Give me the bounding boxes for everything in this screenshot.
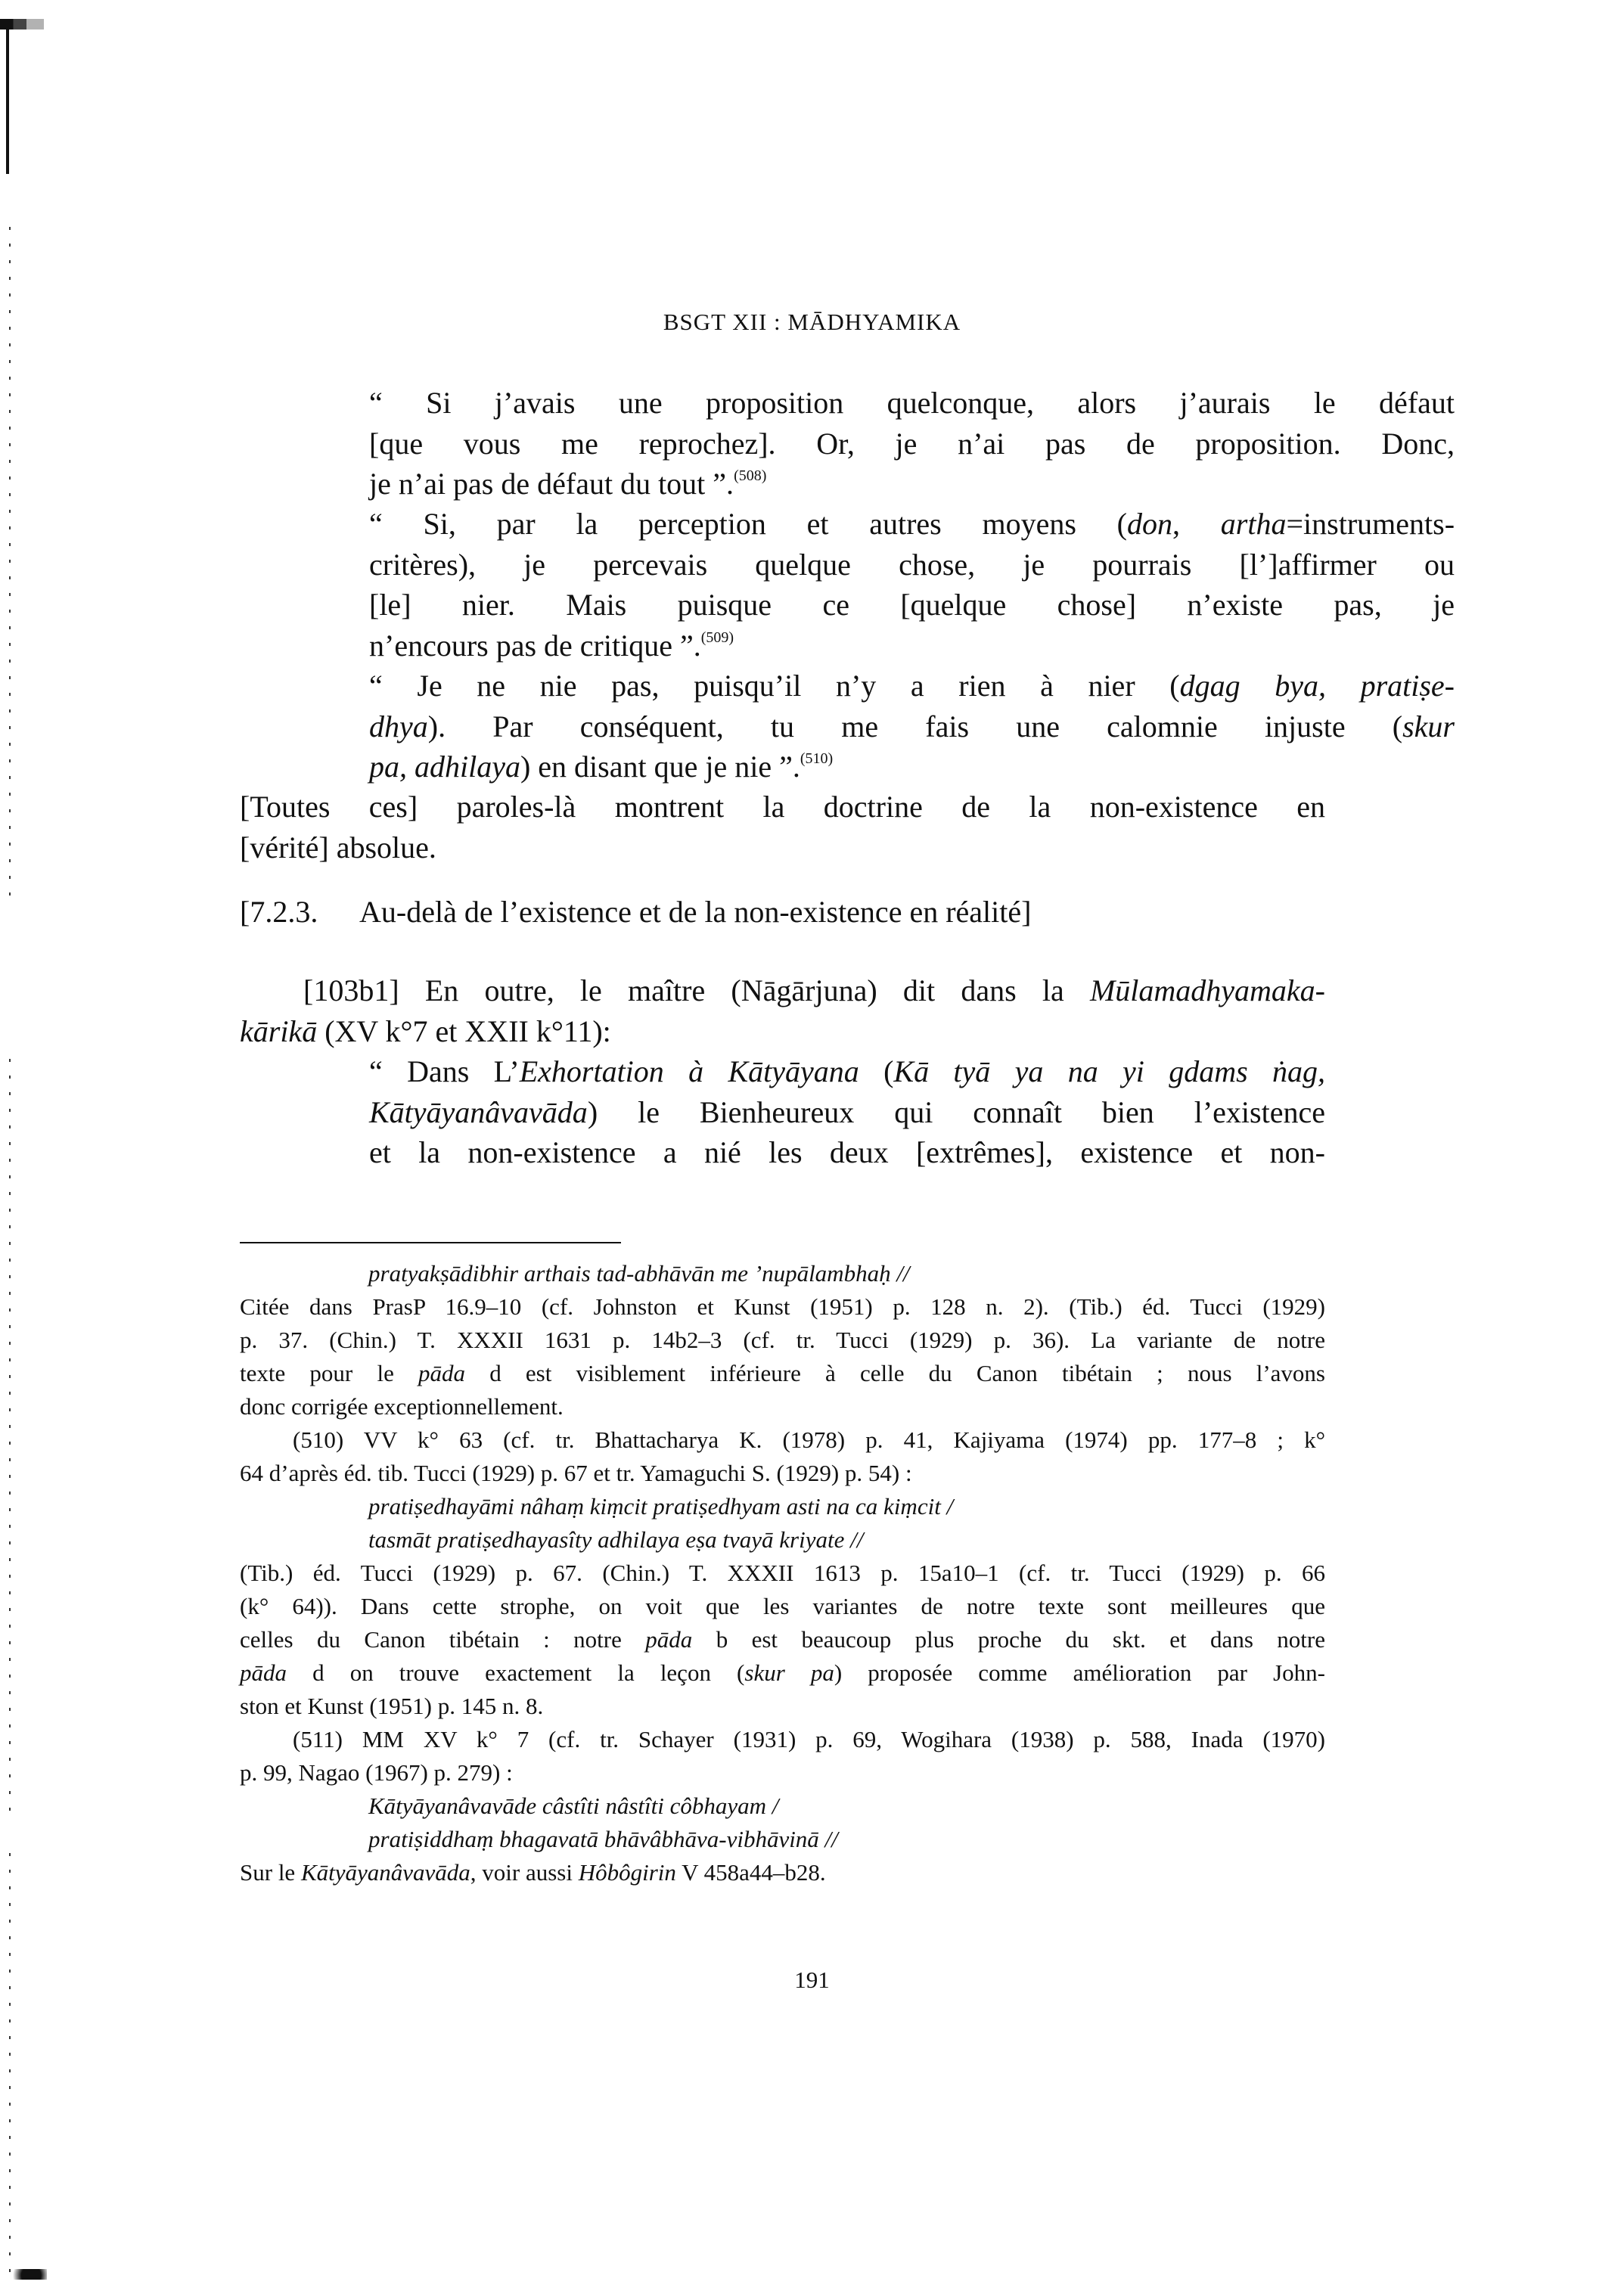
conclusion-paragraph: [Toutes ces] paroles-là montrent la doct… bbox=[240, 787, 1325, 868]
footnote-verse: tasmāt pratiṣedhayasîty adhilaya eṣa tva… bbox=[240, 1523, 1325, 1557]
footnote-line: (k° 64)). Dans cette strophe, on voit qu… bbox=[240, 1590, 1325, 1623]
text-line: “ Je ne nie pas, puisqu’il n’y a rien à … bbox=[369, 666, 1455, 706]
text-line: dhya). Par conséquent, tu me fais une ca… bbox=[369, 706, 1455, 747]
footnotes: pratyakṣādibhir arthais tad-abhāvān me ’… bbox=[240, 1257, 1325, 1889]
footnote-verse: pratiṣedhayāmi nâhaṃ kiṃcit pratiṣedhyam… bbox=[240, 1490, 1325, 1523]
quote-508: “ Si j’avais une proposition quelconque,… bbox=[240, 383, 1455, 504]
quote-509: “ Si, par la perception et autres moyens… bbox=[240, 504, 1455, 666]
footnote-verse: Kātyāyanâvavāde câstîti nâstîti côbhayam… bbox=[240, 1790, 1325, 1823]
footnote-line: Citée dans PrasP 16.9–10 (cf. Johnston e… bbox=[240, 1290, 1325, 1324]
text-line: [103b1] En outre, le maître (Nāgārjuna) … bbox=[240, 970, 1325, 1011]
footnote-verse: pratiṣiddhaṃ bhagavatā bhāvâbhāva-vibhāv… bbox=[240, 1823, 1325, 1856]
text-line: “ Si, par la perception et autres moyens… bbox=[369, 504, 1455, 545]
text-line: [le] nier. Mais puisque ce [quelque chos… bbox=[369, 585, 1455, 625]
footnote-line: donc corrigée exceptionnellement. bbox=[240, 1390, 1325, 1423]
footnote-ref-509[interactable]: (509) bbox=[701, 629, 734, 646]
text-line: kārikā (XV k°7 et XXII k°11): bbox=[240, 1011, 1325, 1052]
page-number: 191 bbox=[0, 1967, 1624, 1994]
footnote-divider bbox=[240, 1242, 621, 1243]
text-line: critères), je percevais quelque chose, j… bbox=[369, 545, 1455, 585]
text-line: “ Si j’avais une proposition quelconque,… bbox=[369, 383, 1455, 424]
text-line: [Toutes ces] paroles-là montrent la doct… bbox=[240, 787, 1325, 827]
paragraph-103b1: [103b1] En outre, le maître (Nāgārjuna) … bbox=[240, 970, 1325, 1173]
footnote-line: pāda d on trouve exactement la leçon (sk… bbox=[240, 1656, 1325, 1690]
footnote-510: (510) VV k° 63 (cf. tr. Bhattacharya K. … bbox=[240, 1423, 1325, 1457]
footnote-line: ston et Kunst (1951) p. 145 n. 8. bbox=[240, 1690, 1325, 1723]
text-line: et la non-existence a nié les deux [extr… bbox=[240, 1132, 1325, 1173]
footnote-line: celles du Canon tibétain : notre pāda b … bbox=[240, 1623, 1325, 1656]
footnote-line: (Tib.) éd. Tucci (1929) p. 67. (Chin.) T… bbox=[240, 1557, 1325, 1590]
footnote-511: (511) MM XV k° 7 (cf. tr. Schayer (1931)… bbox=[240, 1723, 1325, 1756]
section-title: Au-delà de l’existence et de la non-exis… bbox=[359, 895, 1031, 929]
text-line: [que vous me reprochez]. Or, je n’ai pas… bbox=[369, 424, 1455, 464]
footnote-line: 64 d’après éd. tib. Tucci (1929) p. 67 e… bbox=[240, 1457, 1325, 1490]
text-line: pa, adhilaya) en disant que je nie ”.(51… bbox=[369, 747, 1455, 787]
footnote-line: texte pour le pāda d est visiblement inf… bbox=[240, 1357, 1325, 1390]
footnote-ref-510[interactable]: (510) bbox=[800, 750, 833, 767]
section-heading: [7.2.3.Au-delà de l’existence et de la n… bbox=[240, 894, 1031, 930]
footnote-line: p. 37. (Chin.) T. XXXII 1631 p. 14b2–3 (… bbox=[240, 1324, 1325, 1357]
footnote-verse: pratyakṣādibhir arthais tad-abhāvān me ’… bbox=[240, 1257, 1325, 1290]
footnote-line: Sur le Kātyāyanâvavāda, voir aussi Hôbôg… bbox=[240, 1856, 1325, 1889]
scan-artifact-dots bbox=[9, 1059, 11, 1815]
footnote-ref-508[interactable]: (508) bbox=[734, 467, 766, 484]
section-number: [7.2.3. bbox=[240, 894, 359, 930]
quote-510: “ Je ne nie pas, puisqu’il n’y a rien à … bbox=[240, 666, 1455, 787]
text-line: [vérité] absolue. bbox=[240, 827, 1325, 868]
text-line: je n’ai pas de défaut du tout ”.(508) bbox=[369, 464, 1455, 504]
scan-artifact-bottom bbox=[8, 2269, 47, 2280]
scan-artifact-dots bbox=[9, 1853, 11, 2277]
scan-artifact-edge bbox=[6, 19, 9, 174]
text-line: Kātyāyanâvavāda) le Bienheureux qui conn… bbox=[240, 1092, 1325, 1133]
running-head: BSGT XII : MĀDHYAMIKA bbox=[0, 309, 1624, 336]
footnote-line: p. 99, Nagao (1967) p. 279) : bbox=[240, 1756, 1325, 1790]
document-page: BSGT XII : MĀDHYAMIKA “ Si j’avais une p… bbox=[0, 0, 1624, 2294]
text-line: n’encours pas de critique ”.(509) bbox=[369, 625, 1455, 666]
text-line: “ Dans L’Exhortation à Kātyāyana (Kā tyā… bbox=[240, 1051, 1325, 1092]
